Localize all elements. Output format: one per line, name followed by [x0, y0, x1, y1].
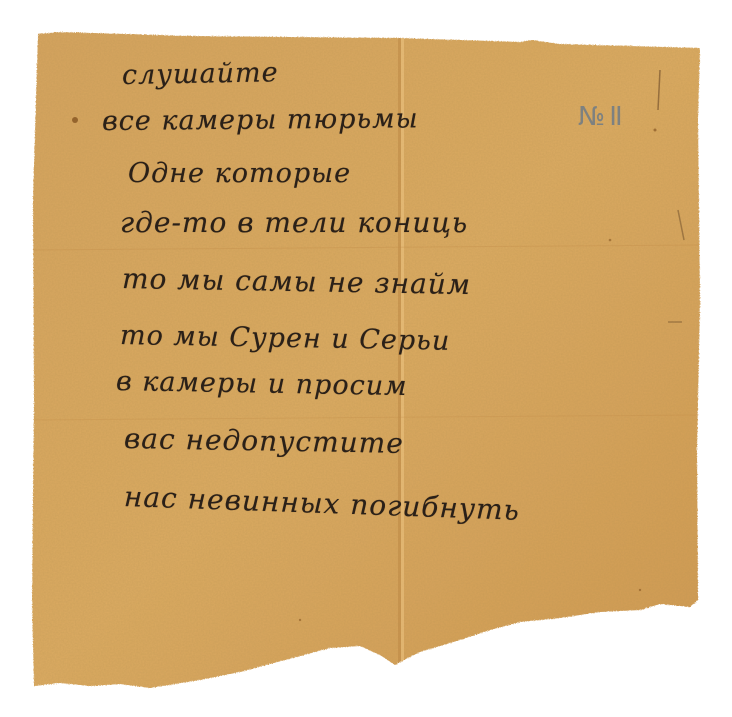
document-stage: № II слушайте все камеры тюрьмы Одне кот… [0, 0, 732, 717]
text-line-2: все камеры тюрьмы [102, 103, 419, 137]
text-line-7: в камеры и просим [116, 366, 408, 402]
text-line-5: то мы самы не знайм [122, 262, 472, 301]
text-line-8: вас недопустите [124, 422, 404, 460]
text-line-1: слушайте [122, 57, 279, 91]
pencil-catalog-mark: № II [578, 102, 621, 132]
text-line-4: где-то в тели кониць [120, 206, 468, 239]
text-line-3: Одне которые [128, 158, 351, 189]
text-line-6: то мы Сурен и Серьи [120, 320, 451, 357]
